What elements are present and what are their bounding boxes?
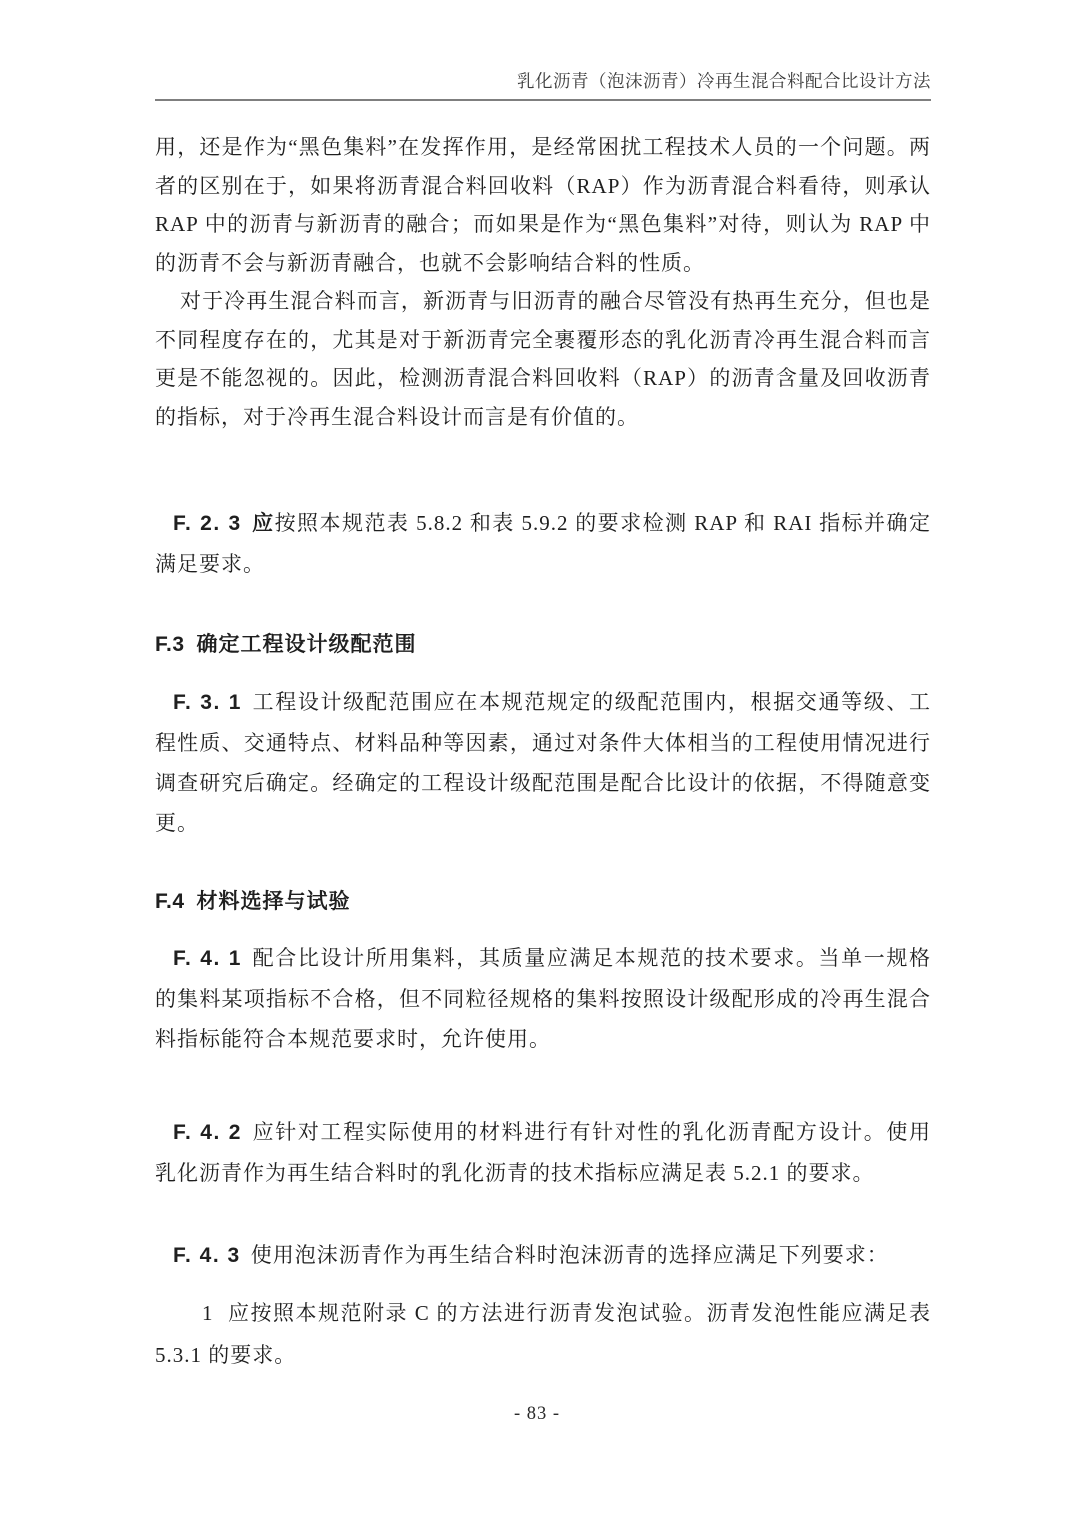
clause-number: F. 4. 3 [173,1244,251,1267]
clause-bold-lead: 应 [252,512,275,535]
item-text: 应按照本规范附录 C 的方法进行沥青发泡试验。沥青发泡性能应满足表 5.3.1 … [155,1301,931,1367]
clause-text: 应针对工程实际使用的材料进行有针对性的乳化沥青配方设计。使用乳化沥青作为再生结合… [155,1120,931,1185]
clause-text: 配合比设计所用集料，其质量应满足本规范的技术要求。当单一规格的集料某项指标不合格… [155,946,931,1051]
section-title: 确定工程设计级配范围 [197,633,417,656]
paragraph-continuation: 用，还是作为“黑色集料”在发挥作用，是经常困扰工程技术人员的一个问题。两者的区别… [155,128,931,282]
page-number: - 83 - [514,1404,560,1424]
item-number: 1 [202,1301,228,1325]
clause-f-3-1: F. 3. 1工程设计级配范围应在本规范规定的级配范围内，根据交通等级、工程性质… [155,682,931,843]
document-body: 用，还是作为“黑色集料”在发挥作用，是经常困扰工程技术人员的一个问题。两者的区别… [155,0,931,1376]
clause-f-2-3: F. 2. 3应按照本规范表 5.8.2 和表 5.9.2 的要求检测 RAP … [155,503,931,584]
clause-f-4-3: F. 4. 3使用泡沫沥青作为再生结合料时泡沫沥青的选择应满足下列要求： [155,1235,931,1276]
numbered-item-1: 1应按照本规范附录 C 的方法进行沥青发泡试验。沥青发泡性能应满足表 5.3.1… [155,1292,931,1376]
clause-number: F. 4. 1 [173,947,252,970]
section-heading-f3: F.3确定工程设计级配范围 [155,625,931,665]
clause-f-4-1: F. 4. 1配合比设计所用集料，其质量应满足本规范的技术要求。当单一规格的集料… [155,938,931,1059]
document-page: 乳化沥青（泡沫沥青）冷再生混合料配合比设计方法 用，还是作为“黑色集料”在发挥作… [0,0,1074,1520]
clause-text: 工程设计级配范围应在本规范规定的级配范围内，根据交通等级、工程性质、交通特点、材… [155,690,931,835]
section-number: F.4 [155,890,197,913]
clause-f-4-2: F. 4. 2应针对工程实际使用的材料进行有针对性的乳化沥青配方设计。使用乳化沥… [155,1112,931,1193]
page-footer: - 83 - [0,1404,1074,1425]
clause-number: F. 2. 3 [173,512,252,535]
section-title: 材料选择与试验 [197,890,351,913]
clause-number: F. 3. 1 [173,691,252,714]
paragraph-discussion: 对于冷再生混合料而言，新沥青与旧沥青的融合尽管没有热再生充分，但也是不同程度存在… [155,282,931,436]
clause-text: 使用泡沫沥青作为再生结合料时泡沫沥青的选择应满足下列要求： [251,1243,889,1267]
section-number: F.3 [155,633,197,656]
section-heading-f4: F.4材料选择与试验 [155,882,931,922]
clause-number: F. 4. 2 [173,1121,252,1144]
